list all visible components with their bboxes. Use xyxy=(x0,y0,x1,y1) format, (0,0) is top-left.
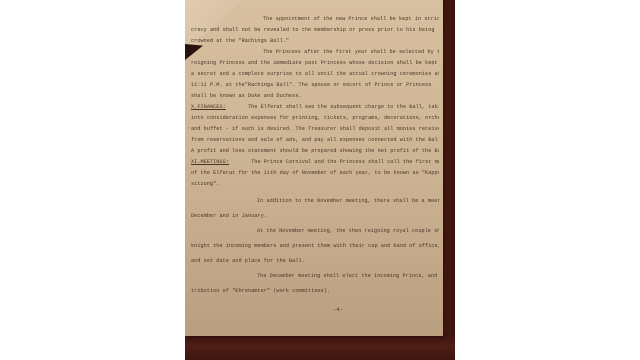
tabletop-edge-bottom xyxy=(185,334,455,360)
viewer-stage: ' The appointment of the new Prince shal… xyxy=(0,0,640,360)
text-line: crowned at the "Rachings Ball." xyxy=(191,36,439,47)
text-line: sitzung". xyxy=(191,179,439,190)
margin-mark: ' xyxy=(187,127,190,133)
section-heading-finances: X.FINANCES: xyxy=(191,104,226,110)
text-line: At the November meeting, the then reigni… xyxy=(191,226,439,237)
text-line: crecy and shall not be revealed to the m… xyxy=(191,25,439,36)
text-line: The appointment of the new Prince shall … xyxy=(191,14,439,25)
section-heading-meetings: XI.MEETINGS: xyxy=(191,159,229,165)
text-line: and buffet - if such is desired. The Tre… xyxy=(191,124,439,135)
text-line: The December meeting shall elect the inc… xyxy=(191,271,439,282)
text-line: shall be known as Duke and Duchess. xyxy=(191,91,439,102)
text-line: into consideration expenses for printing… xyxy=(191,113,439,124)
text-line: The Princess after the first year shall … xyxy=(191,47,439,58)
text-line: reigning Princess and the immediate past… xyxy=(191,58,439,69)
text-line: a secret and a complete surprise to all … xyxy=(191,69,439,80)
typewritten-page: ' The appointment of the new Prince shal… xyxy=(185,0,443,336)
text-line: XI.MEETINGS: The Prince Carnival and the… xyxy=(191,157,439,168)
text-line: December and in January. xyxy=(191,211,439,222)
text-line: A profit and loss statement should be pr… xyxy=(191,146,439,157)
text-line: and set date and place for the Ball. xyxy=(191,256,439,267)
page-text: The appointment of the new Prince shall … xyxy=(191,14,439,297)
page-number: -4- xyxy=(333,306,343,313)
text-line: In addition to the November meeting, the… xyxy=(191,196,439,207)
text-line: 11:11 P.M. at the"Rachings Ball". The sp… xyxy=(191,80,439,91)
text-span: The Elferat shall see the subsequent cha… xyxy=(248,104,439,110)
text-line: tribution of "Ehrenamter" (work committe… xyxy=(191,286,439,297)
text-line: from reservations and sale of ads, and p… xyxy=(191,135,439,146)
text-line: X.FINANCES: The Elferat shall see the su… xyxy=(191,102,439,113)
text-line: of the Elferat for the 11th day of Novem… xyxy=(191,168,439,179)
text-span: The Prince Carnival and the Princess sha… xyxy=(251,159,439,165)
document-photo: ' The appointment of the new Prince shal… xyxy=(185,0,455,360)
text-line: knight the incoming members and present … xyxy=(191,241,439,252)
